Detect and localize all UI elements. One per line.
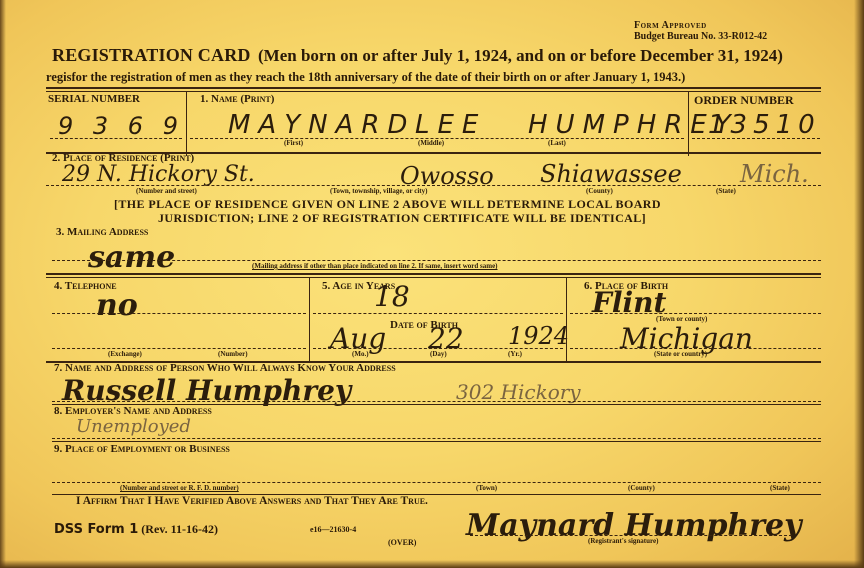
divider — [570, 348, 821, 349]
employment-town-caption: (Town) — [476, 484, 497, 492]
mailing-address-label: 3. Mailing Address — [56, 226, 148, 238]
divider — [52, 401, 821, 402]
state-caption: (State) — [716, 187, 736, 195]
divider — [313, 313, 563, 314]
registration-subtitle: regisfor the registration of men as they… — [46, 70, 685, 85]
name-label: 1. Name (Print) — [200, 93, 274, 105]
card-title: REGISTRATION CARD — [52, 45, 251, 66]
divider — [52, 348, 306, 349]
employment-county-caption: (County) — [628, 484, 655, 492]
mailing-address-value: same — [88, 240, 175, 275]
mailing-address-caption: (Mailing address if other than place ind… — [252, 262, 498, 270]
first-name-value: MAYNARD — [228, 110, 415, 140]
month-caption: (Mo.) — [352, 350, 369, 358]
divider — [52, 482, 821, 483]
divider — [52, 441, 821, 442]
contact-person-label: 7. Name and Address of Person Who Will A… — [54, 362, 396, 374]
middle-caption: (Middle) — [418, 139, 444, 147]
serial-number-value: 9 3 6 9 — [58, 112, 184, 140]
affirmation-statement: I Affirm That I Have Verified Above Answ… — [76, 495, 428, 507]
age-value: 18 — [374, 280, 410, 313]
birth-year-value: 1924 — [508, 322, 569, 350]
town-caption: (Town, township, village, or city) — [330, 187, 427, 195]
first-caption: (First) — [284, 139, 303, 147]
exchange-caption: (Exchange) — [108, 350, 142, 358]
divider — [46, 91, 821, 92]
number-caption: (Number) — [218, 350, 248, 358]
residence-county-value: Shiawassee — [540, 160, 682, 188]
birth-state-caption: (State or country) — [654, 350, 707, 358]
divider — [46, 273, 821, 275]
place-of-employment-label: 9. Place of Employment or Business — [54, 443, 230, 455]
divider — [186, 91, 187, 156]
street-caption: (Number and street) — [136, 187, 197, 195]
divider — [46, 87, 821, 89]
divider — [313, 348, 563, 349]
form-revision: (Rev. 11-16-42) — [141, 522, 218, 536]
divider — [309, 277, 310, 362]
print-code: e16—21630-4 — [310, 525, 356, 534]
order-number-value: 13510 — [708, 110, 821, 140]
divider — [50, 138, 182, 139]
serial-number-label: SERIAL NUMBER — [48, 93, 140, 105]
year-caption: (Yr.) — [508, 350, 522, 358]
telephone-value: no — [96, 288, 138, 323]
contact-person-name-value: Russell Humphrey — [62, 374, 351, 407]
day-caption: (Day) — [430, 350, 447, 358]
divider — [570, 313, 821, 314]
residence-notice-line1: [THE PLACE OF RESIDENCE GIVEN ON LINE 2 … — [114, 197, 661, 212]
employment-street-caption: (Number and street or R. F. D. number) — [120, 484, 239, 492]
divider — [692, 138, 820, 139]
order-number-label: ORDER NUMBER — [694, 93, 794, 108]
divider — [52, 313, 306, 314]
residence-street-value: 29 N. Hickory St. — [62, 162, 255, 187]
employer-value: Unemployed — [76, 416, 191, 437]
residence-state-value: Mich. — [740, 160, 809, 188]
eligibility-statement: (Men born on or after July 1, 1924, and … — [258, 46, 783, 66]
signature-caption: (Registrant's signature) — [588, 537, 658, 545]
divider — [566, 277, 567, 362]
divider — [52, 260, 821, 261]
signature-line — [470, 535, 792, 536]
registration-card: Form Approved Budget Bureau No. 33-R012-… — [0, 0, 864, 568]
employment-state-caption: (State) — [770, 484, 790, 492]
divider — [46, 277, 821, 278]
residence-notice-line2: JURISDICTION; LINE 2 OF REGISTRATION CER… — [158, 211, 646, 226]
divider — [52, 438, 821, 439]
over-label: (OVER) — [388, 538, 416, 547]
county-caption: (County) — [586, 187, 613, 195]
form-footer-id: DSS Form 1 (Rev. 11-16-42) — [54, 522, 218, 537]
middle-name-value: LEE — [415, 110, 486, 140]
budget-bureau-number: Budget Bureau No. 33-R012-42 — [634, 31, 767, 42]
card-edge — [0, 560, 864, 568]
form-id: DSS Form 1 — [54, 522, 138, 537]
divider — [46, 185, 821, 186]
last-caption: (Last) — [548, 139, 566, 147]
form-approved-label: Form Approved — [634, 20, 707, 31]
